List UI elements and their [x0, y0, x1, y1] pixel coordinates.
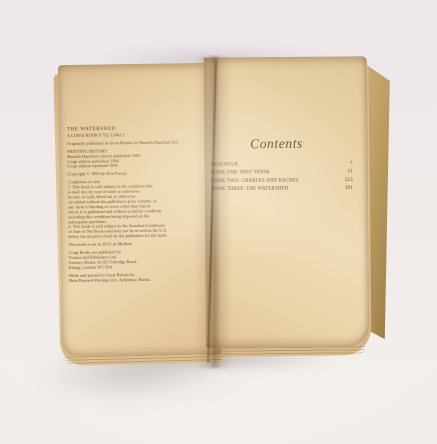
toc-label: BOOK THREE: THE WATERSHED [211, 185, 289, 194]
right-page: Contents PROLOGUE 7 BOOK ONE: PAST TENSE… [204, 56, 370, 347]
toc-page-number: 391 [345, 184, 353, 192]
toc-page-number: 213 [345, 176, 353, 184]
contents-heading: Contents [206, 135, 346, 152]
conditions-lines: 1. This book is sold subject to the cond… [68, 183, 188, 239]
publisher-lines: Corgi Books are published byTransworld P… [69, 249, 188, 270]
toc-page-number: 7 [350, 159, 353, 167]
left-page: THE WATERSHED A CORGI BOOK 0 552 12462 1… [58, 63, 221, 356]
toc-row: BOOK THREE: THE WATERSHED 391 [211, 184, 353, 193]
printer-lines: Made and printed in Great Britain byHunt… [69, 272, 188, 284]
toc-label: PROLOGUE [211, 160, 239, 168]
book-photo: THE WATERSHED A CORGI BOOK 0 552 12462 1… [0, 0, 437, 444]
text-line: Hunt Barnard Printing Ltd., Aylesbury, B… [69, 277, 188, 284]
book-title: THE WATERSHED [67, 125, 186, 132]
toc-page-number: 11 [348, 168, 353, 176]
copyright-page-text: THE WATERSHED A CORGI BOOK 0 552 12462 1… [67, 125, 188, 283]
printing-history-lines: Hamish Hamilton edition published 1983Co… [67, 153, 186, 170]
table-of-contents: PROLOGUE 7 BOOK ONE: PAST TENSE 11 BOOK … [211, 159, 353, 193]
